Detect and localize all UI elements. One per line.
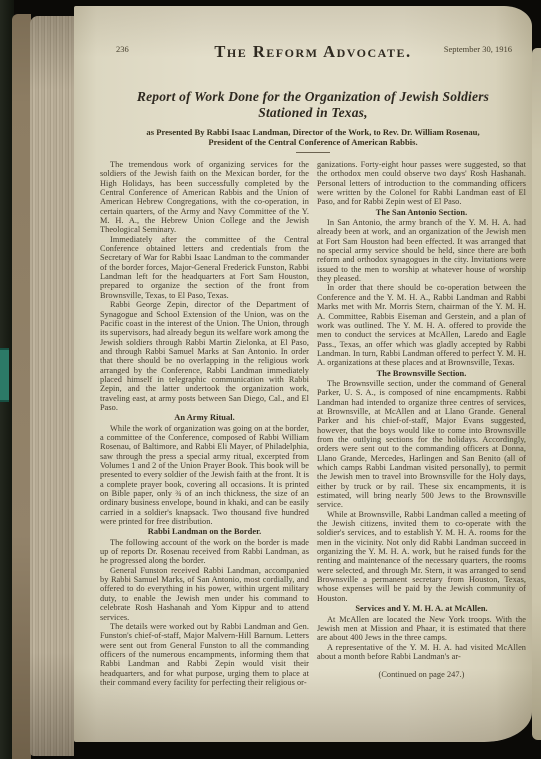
article-body: The tremendous work of organizing servic…	[100, 160, 526, 687]
section-heading: An Army Ritual.	[100, 413, 309, 422]
paragraph: Rabbi George Zepin, director of the Depa…	[100, 300, 309, 412]
issue-date: September 30, 1916	[444, 44, 512, 54]
section-heading: Rabbi Landman on the Border.	[100, 527, 309, 536]
paragraph: In San Antonio, the army branch of the Y…	[317, 218, 526, 283]
article-title-block: Report of Work Done for the Organization…	[100, 89, 526, 153]
right-column: ganizations. Forty-eight hour passes wer…	[317, 160, 526, 687]
section-heading: The Brownsville Section.	[317, 369, 526, 378]
spine-label	[0, 348, 9, 402]
paragraph: General Funston received Rabbi Landman, …	[100, 566, 309, 622]
page-edges-stack	[30, 16, 74, 756]
paragraph: A representative of the Y. M. H. A. had …	[317, 643, 526, 662]
paragraph: The details were worked out by Rabbi Lan…	[100, 622, 309, 687]
book-scan: 236 The Reform Advocate. September 30, 1…	[0, 0, 541, 759]
magazine-page: 236 The Reform Advocate. September 30, 1…	[74, 6, 532, 742]
section-heading: Services and Y. M. H. A. at McAllen.	[317, 604, 526, 613]
article-byline-line2: President of the Central Conference of A…	[100, 137, 526, 147]
paragraph: ganizations. Forty-eight hour passes wer…	[317, 160, 526, 207]
page-header: 236 The Reform Advocate. September 30, 1…	[100, 42, 526, 56]
continued-notice: (Continued on page 247.)	[317, 670, 526, 679]
section-heading: The San Antonio Section.	[317, 208, 526, 217]
page-edge-underlay	[12, 14, 31, 759]
paragraph: In order that there should be co-operati…	[317, 283, 526, 367]
divider-rule	[296, 152, 330, 153]
next-page-sliver	[532, 48, 541, 740]
article-byline-line1: as Presented By Rabbi Isaac Landman, Dir…	[100, 127, 526, 137]
left-column: The tremendous work of organizing servic…	[100, 160, 309, 687]
paragraph: The tremendous work of organizing servic…	[100, 160, 309, 235]
paragraph: While the work of organization was going…	[100, 424, 309, 527]
paragraph: Immediately after the committee of the C…	[100, 235, 309, 300]
article-title-line1: Report of Work Done for the Organization…	[100, 89, 526, 105]
paragraph: While at Brownsville, Rabbi Landman call…	[317, 510, 526, 603]
paragraph: The following account of the work on the…	[100, 538, 309, 566]
article-title-line2: Stationed in Texas,	[100, 105, 526, 121]
paragraph: The Brownsville section, under the comma…	[317, 379, 526, 510]
paragraph: At McAllen are located the New York troo…	[317, 615, 526, 643]
